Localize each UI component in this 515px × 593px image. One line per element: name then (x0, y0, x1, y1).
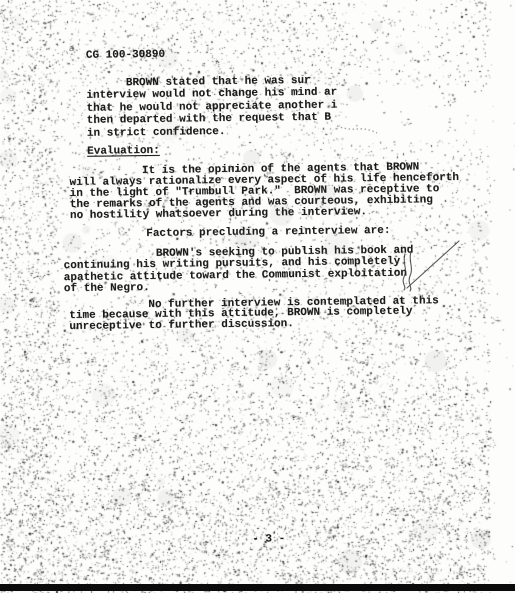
evaluation-heading: Evaluation: (87, 145, 160, 159)
factors-paragraph: BROWN's seeking to publish his book and … (63, 246, 413, 296)
scanned-document-page: a. CG 100-30890 BROWN stated that he was… (0, 0, 515, 593)
conclusion-paragraph: No further interview is contemplated at … (69, 296, 439, 332)
page-number: - 3 - (252, 533, 285, 545)
factors-lead-line: Factors precluding a reinterview are: (146, 225, 390, 240)
intro-paragraph: BROWN stated that he was sur interview w… (86, 74, 338, 139)
handwritten-annotation: a. (69, 44, 80, 54)
typewritten-text-layer: a. CG 100-30890 BROWN stated that he was… (0, 0, 515, 593)
evaluation-paragraph: It is the opinion of the agents that BRO… (69, 162, 459, 222)
file-number: CG 100-30890 (86, 49, 165, 63)
footer-scan-bar (0, 584, 515, 591)
